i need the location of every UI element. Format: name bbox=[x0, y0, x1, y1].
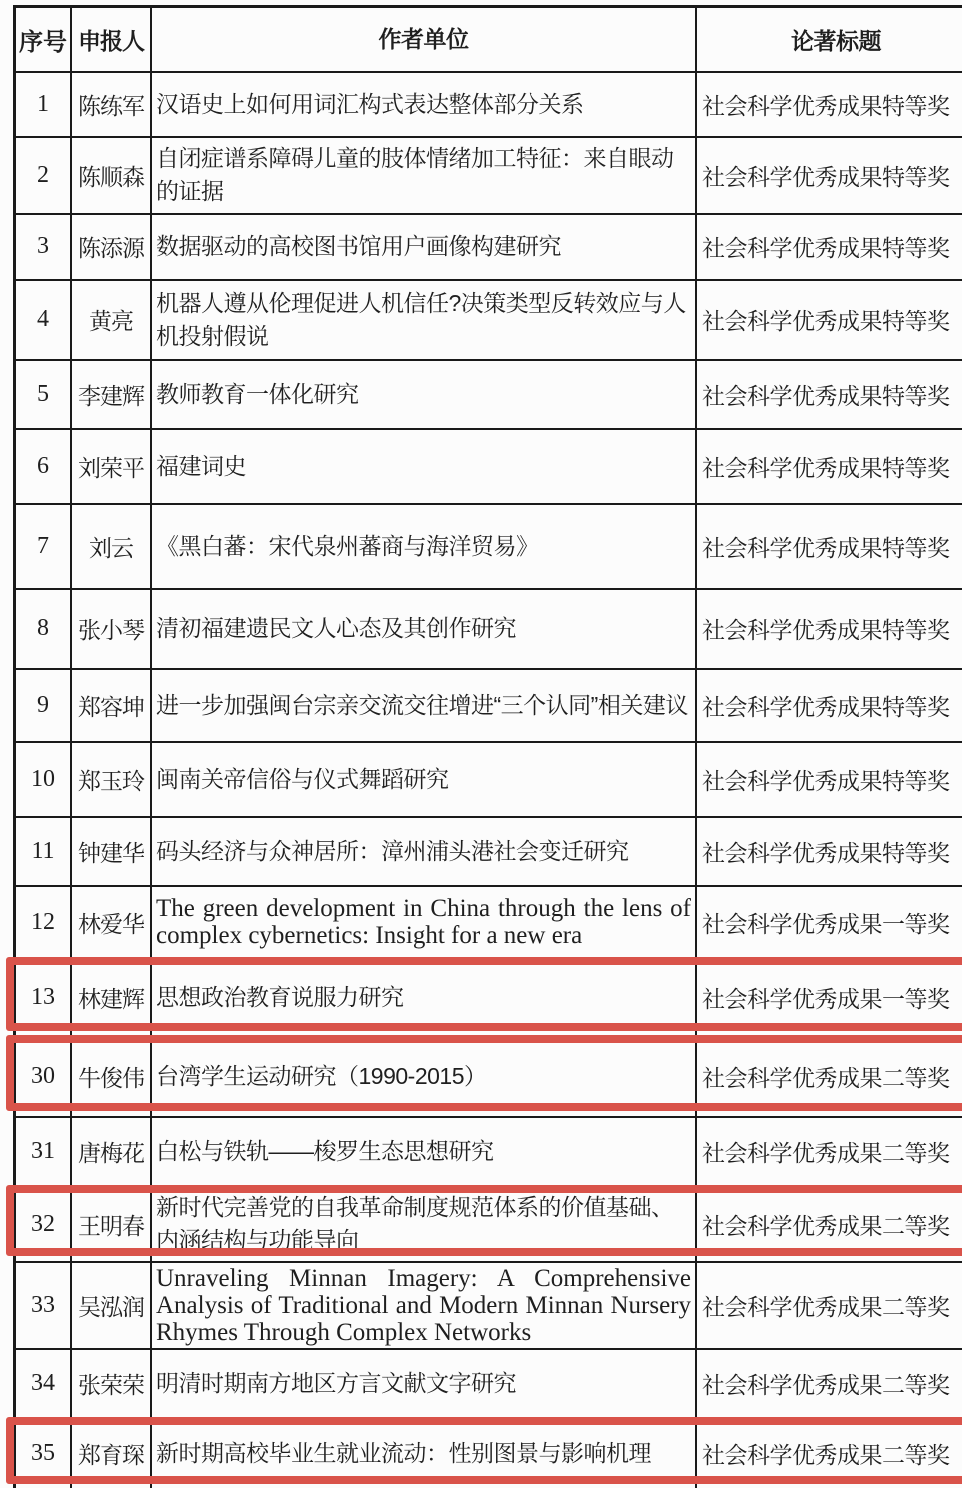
row-number-cell: 12 bbox=[15, 886, 72, 959]
table-row: 1 陈练军 汉语史上如何用词汇构式表达整体部分关系 社会科学优秀成果特等奖 bbox=[15, 72, 962, 137]
applicant-cell: 黄亮 bbox=[71, 280, 151, 360]
award-cell: 社会科学优秀成果特等奖 bbox=[696, 669, 962, 742]
title-cell: 进一步加强闽台宗亲交流交往增进“三个认同”相关建议 bbox=[151, 669, 696, 742]
applicant-cell: 郑玉玲 bbox=[71, 742, 151, 817]
awards-table: 序号 申报人 作者单位 论著标题 1 陈练军 汉语史上如何用词汇构式表达整体部分… bbox=[13, 5, 962, 1488]
applicant-cell: 张小琴 bbox=[71, 589, 151, 669]
column-header-index: 序号 bbox=[15, 7, 72, 72]
title-cell: 教师教育一体化研究 bbox=[151, 360, 696, 429]
award-cell: 社会科学优秀成果特等奖 bbox=[696, 137, 962, 214]
table-row: 31 唐梅花 白松与铁轨——梭罗生态思想研究 社会科学优秀成果二等奖 bbox=[15, 1117, 962, 1187]
table-row: 12 林爱华 The green development in China th… bbox=[15, 886, 962, 959]
table-row: 32 王明春 新时代完善党的自我革命制度规范体系的价值基础、内涵结构与功能导向 … bbox=[15, 1187, 962, 1262]
award-cell: 社会科学优秀成果特等奖 bbox=[696, 360, 962, 429]
column-header-award: 论著标题 bbox=[696, 7, 962, 72]
table-row: 7 刘云 《黑白蕃：宋代泉州蕃商与海洋贸易》 社会科学优秀成果特等奖 bbox=[15, 504, 962, 589]
awards-document-page: 序号 申报人 作者单位 论著标题 1 陈练军 汉语史上如何用词汇构式表达整体部分… bbox=[0, 0, 962, 1488]
applicant-cell: 李建辉 bbox=[71, 360, 151, 429]
award-cell: 社会科学优秀成果特等奖 bbox=[696, 504, 962, 589]
applicant-cell: 唐梅花 bbox=[71, 1117, 151, 1187]
row-number-cell: 9 bbox=[15, 669, 72, 742]
applicant-cell: 陈添源 bbox=[71, 214, 151, 280]
table-row: 35 郑育琛 新时期高校毕业生就业流动：性别图景与影响机理 社会科学优秀成果二等… bbox=[15, 1419, 962, 1488]
title-cell: 自闭症谱系障碍儿童的肢体情绪加工特征：来自眼动的证据 bbox=[151, 137, 696, 214]
applicant-cell: 刘云 bbox=[71, 504, 151, 589]
table-row: 3 陈添源 数据驱动的高校图书馆用户画像构建研究 社会科学优秀成果特等奖 bbox=[15, 214, 962, 280]
row-number-cell: 7 bbox=[15, 504, 72, 589]
award-cell: 社会科学优秀成果特等奖 bbox=[696, 280, 962, 360]
title-cell: 福建词史 bbox=[151, 429, 696, 504]
table-row: 11 钟建华 码头经济与众神居所：漳州浦头港社会变迁研究 社会科学优秀成果特等奖 bbox=[15, 817, 962, 886]
row-number-cell: 8 bbox=[15, 589, 72, 669]
applicant-cell: 吴泓润 bbox=[71, 1262, 151, 1349]
table-row: 34 张荣荣 明清时期南方地区方言文献文字研究 社会科学优秀成果二等奖 bbox=[15, 1349, 962, 1419]
row-number-cell: 4 bbox=[15, 280, 72, 360]
title-cell: 清初福建遗民文人心态及其创作研究 bbox=[151, 589, 696, 669]
table-row: 13 林建辉 思想政治教育说服力研究 社会科学优秀成果一等奖 bbox=[15, 959, 962, 1037]
table-row: 8 张小琴 清初福建遗民文人心态及其创作研究 社会科学优秀成果特等奖 bbox=[15, 589, 962, 669]
title-cell: 码头经济与众神居所：漳州浦头港社会变迁研究 bbox=[151, 817, 696, 886]
row-number-cell: 35 bbox=[15, 1419, 72, 1488]
table-row: 5 李建辉 教师教育一体化研究 社会科学优秀成果特等奖 bbox=[15, 360, 962, 429]
title-cell: 《黑白蕃：宋代泉州蕃商与海洋贸易》 bbox=[151, 504, 696, 589]
title-cell: 台湾学生运动研究（1990-2015） bbox=[151, 1037, 696, 1117]
award-cell: 社会科学优秀成果二等奖 bbox=[696, 1037, 962, 1117]
table-row: 33 吴泓润 Unraveling Minnan Imagery: A Comp… bbox=[15, 1262, 962, 1349]
award-cell: 社会科学优秀成果二等奖 bbox=[696, 1419, 962, 1488]
award-cell: 社会科学优秀成果特等奖 bbox=[696, 589, 962, 669]
table-row: 6 刘荣平 福建词史 社会科学优秀成果特等奖 bbox=[15, 429, 962, 504]
table-row: 4 黄亮 机器人遵从伦理促进人机信任?决策类型反转效应与人机投射假说 社会科学优… bbox=[15, 280, 962, 360]
applicant-cell: 郑容坤 bbox=[71, 669, 151, 742]
title-cell: 闽南关帝信俗与仪式舞蹈研究 bbox=[151, 742, 696, 817]
row-number-cell: 30 bbox=[15, 1037, 72, 1117]
table-header-row: 序号 申报人 作者单位 论著标题 bbox=[15, 7, 962, 72]
award-cell: 社会科学优秀成果二等奖 bbox=[696, 1187, 962, 1262]
applicant-cell: 张荣荣 bbox=[71, 1349, 151, 1419]
table-row: 30 牛俊伟 台湾学生运动研究（1990-2015） 社会科学优秀成果二等奖 bbox=[15, 1037, 962, 1117]
award-cell: 社会科学优秀成果二等奖 bbox=[696, 1349, 962, 1419]
table-row: 9 郑容坤 进一步加强闽台宗亲交流交往增进“三个认同”相关建议 社会科学优秀成果… bbox=[15, 669, 962, 742]
award-cell: 社会科学优秀成果特等奖 bbox=[696, 429, 962, 504]
row-number-cell: 6 bbox=[15, 429, 72, 504]
award-cell: 社会科学优秀成果特等奖 bbox=[696, 72, 962, 137]
title-cell: 新时期高校毕业生就业流动：性别图景与影响机理 bbox=[151, 1419, 696, 1488]
award-cell: 社会科学优秀成果特等奖 bbox=[696, 742, 962, 817]
applicant-cell: 陈练军 bbox=[71, 72, 151, 137]
title-cell: 明清时期南方地区方言文献文字研究 bbox=[151, 1349, 696, 1419]
title-cell: 数据驱动的高校图书馆用户画像构建研究 bbox=[151, 214, 696, 280]
title-cell: 白松与铁轨——梭罗生态思想研究 bbox=[151, 1117, 696, 1187]
title-cell: 机器人遵从伦理促进人机信任?决策类型反转效应与人机投射假说 bbox=[151, 280, 696, 360]
award-cell: 社会科学优秀成果一等奖 bbox=[696, 886, 962, 959]
table-row: 10 郑玉玲 闽南关帝信俗与仪式舞蹈研究 社会科学优秀成果特等奖 bbox=[15, 742, 962, 817]
row-number-cell: 1 bbox=[15, 72, 72, 137]
row-number-cell: 34 bbox=[15, 1349, 72, 1419]
award-cell: 社会科学优秀成果二等奖 bbox=[696, 1262, 962, 1349]
award-cell: 社会科学优秀成果特等奖 bbox=[696, 214, 962, 280]
row-number-cell: 33 bbox=[15, 1262, 72, 1349]
table-body: 1 陈练军 汉语史上如何用词汇构式表达整体部分关系 社会科学优秀成果特等奖 2 … bbox=[15, 72, 962, 1488]
applicant-cell: 牛俊伟 bbox=[71, 1037, 151, 1117]
award-cell: 社会科学优秀成果二等奖 bbox=[696, 1117, 962, 1187]
row-number-cell: 31 bbox=[15, 1117, 72, 1187]
applicant-cell: 刘荣平 bbox=[71, 429, 151, 504]
row-number-cell: 10 bbox=[15, 742, 72, 817]
row-number-cell: 13 bbox=[15, 959, 72, 1037]
row-number-cell: 32 bbox=[15, 1187, 72, 1262]
title-cell: 汉语史上如何用词汇构式表达整体部分关系 bbox=[151, 72, 696, 137]
award-cell: 社会科学优秀成果特等奖 bbox=[696, 817, 962, 886]
table-row: 2 陈顺森 自闭症谱系障碍儿童的肢体情绪加工特征：来自眼动的证据 社会科学优秀成… bbox=[15, 137, 962, 214]
column-header-work: 作者单位 bbox=[151, 7, 696, 72]
applicant-cell: 林爱华 bbox=[71, 886, 151, 959]
row-number-cell: 2 bbox=[15, 137, 72, 214]
award-cell: 社会科学优秀成果一等奖 bbox=[696, 959, 962, 1037]
applicant-cell: 陈顺森 bbox=[71, 137, 151, 214]
row-number-cell: 11 bbox=[15, 817, 72, 886]
row-number-cell: 5 bbox=[15, 360, 72, 429]
applicant-cell: 郑育琛 bbox=[71, 1419, 151, 1488]
title-cell: The green development in China through t… bbox=[151, 886, 696, 959]
applicant-cell: 林建辉 bbox=[71, 959, 151, 1037]
applicant-cell: 钟建华 bbox=[71, 817, 151, 886]
title-cell: 新时代完善党的自我革命制度规范体系的价值基础、内涵结构与功能导向 bbox=[151, 1187, 696, 1262]
title-cell: Unraveling Minnan Imagery: A Comprehensi… bbox=[151, 1262, 696, 1349]
column-header-applicant: 申报人 bbox=[71, 7, 151, 72]
applicant-cell: 王明春 bbox=[71, 1187, 151, 1262]
title-cell: 思想政治教育说服力研究 bbox=[151, 959, 696, 1037]
row-number-cell: 3 bbox=[15, 214, 72, 280]
